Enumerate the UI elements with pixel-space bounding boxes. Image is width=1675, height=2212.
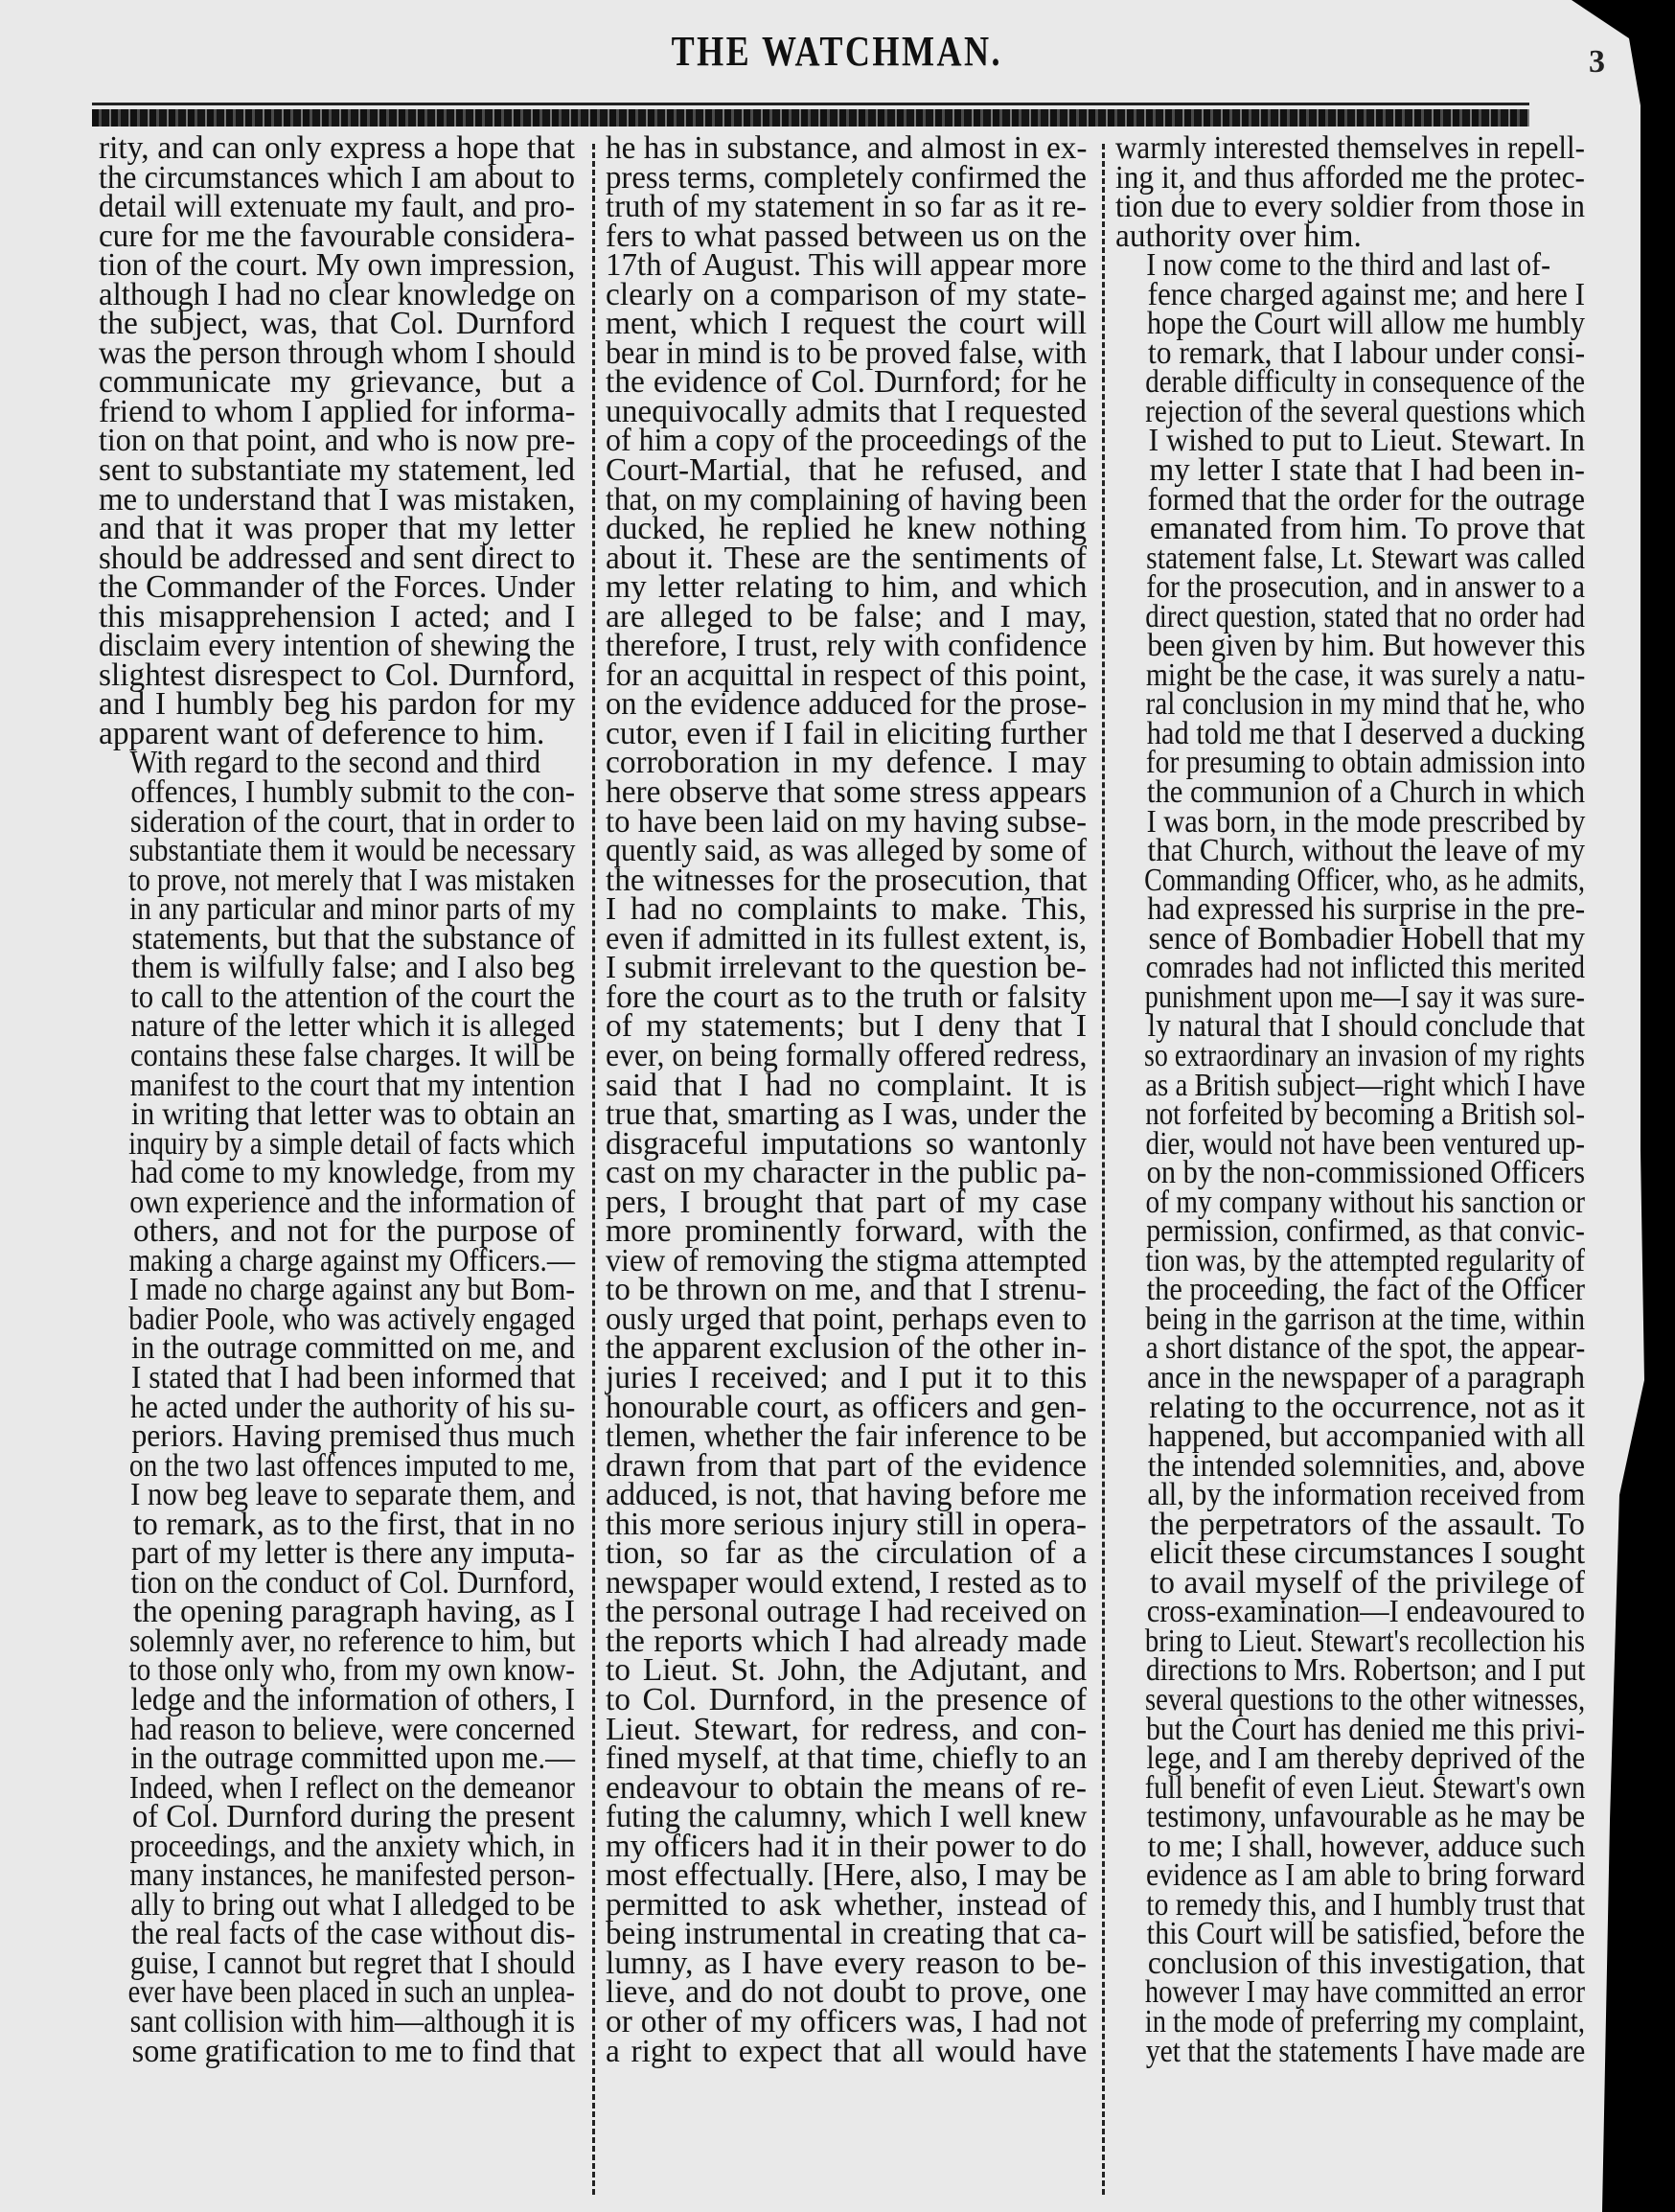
column-divider bbox=[592, 144, 595, 2195]
text-line: the apparent exclusion of the other in- bbox=[606, 1334, 1087, 1364]
paragraph: warmly interested themselves in repell-i… bbox=[1115, 134, 1585, 251]
text-line: this more serious injury still in opera- bbox=[606, 1510, 1087, 1540]
paragraph: rity, and can only express a hope thatth… bbox=[99, 134, 575, 749]
paragraph: I now come to the third and last of-fenc… bbox=[1115, 251, 1585, 2066]
newspaper-page: THE WATCHMAN. 3 rity, and can only expre… bbox=[0, 0, 1675, 2212]
text-line: on the evidence adduced for the prose- bbox=[606, 690, 1087, 720]
text-line: tlemen, whether the fair inference to be bbox=[606, 1422, 1087, 1452]
text-line: ever, on being formally offered redress, bbox=[606, 1042, 1087, 1071]
text-line: yet that the statements I have made are bbox=[1115, 2038, 1585, 2067]
text-line: of him a copy of the proceedings of the bbox=[606, 426, 1087, 456]
text-line: most effectually. [Here, also, I may be bbox=[606, 1861, 1087, 1891]
text-line: elicit these circumstances I sought bbox=[1115, 1539, 1585, 1569]
paragraph: With regard to the second and thirdoffen… bbox=[99, 749, 575, 2066]
text-line: should be addressed and sent direct to bbox=[99, 544, 575, 574]
text-line: although I had no clear knowledge on bbox=[99, 281, 575, 311]
column-divider bbox=[1102, 144, 1105, 2195]
text-line: that, on my complaining of having been bbox=[606, 486, 1087, 516]
column-1: rity, and can only express a hope thatth… bbox=[99, 134, 575, 2066]
page-number: 3 bbox=[1589, 44, 1605, 81]
text-line: own experience and the information of bbox=[99, 1188, 575, 1218]
column-3: warmly interested themselves in repell-i… bbox=[1115, 134, 1585, 2066]
paragraph: he has in substance, and almost in ex-pr… bbox=[606, 134, 1087, 2066]
header-rule-thick bbox=[92, 109, 1529, 127]
masthead: THE WATCHMAN. bbox=[150, 27, 1524, 76]
column-2: he has in substance, and almost in ex-pr… bbox=[606, 134, 1087, 2066]
text-line: tion due to every soldier from those in bbox=[1115, 193, 1585, 222]
text-line: a right to expect that all would have bbox=[606, 2038, 1087, 2067]
text-line: to Col. Durnford, in the presence of bbox=[606, 1686, 1087, 1716]
text-line: bear in mind is to be proved false, with bbox=[606, 339, 1087, 369]
text-line: disclaim every intention of shewing the bbox=[99, 632, 575, 661]
text-line: or other of my officers was, I had not bbox=[606, 2008, 1087, 2038]
text-line: 17th of August. This will appear more bbox=[606, 251, 1087, 281]
text-line: me to understand that I was mistaken, bbox=[99, 486, 575, 516]
text-line: the personal outrage I had received on bbox=[606, 1598, 1087, 1627]
header-rule-thin bbox=[92, 103, 1529, 105]
text-line: being instrumental in creating that ca- bbox=[606, 1920, 1087, 1949]
text-line: fined myself, at that time, chiefly to a… bbox=[606, 1744, 1087, 1774]
text-line: the witnesses for the prosecution, that bbox=[606, 866, 1087, 896]
masthead-title: THE WATCHMAN. bbox=[672, 27, 1002, 76]
text-line: some gratification to me to find that bbox=[99, 2038, 575, 2067]
text-line: I submit irrelevant to the question be- bbox=[606, 954, 1087, 983]
text-line: was the person through whom I should bbox=[99, 339, 575, 369]
text-line: all, by the information received from bbox=[1115, 1481, 1585, 1510]
text-line: true that, smarting as I was, under the bbox=[606, 1100, 1087, 1130]
